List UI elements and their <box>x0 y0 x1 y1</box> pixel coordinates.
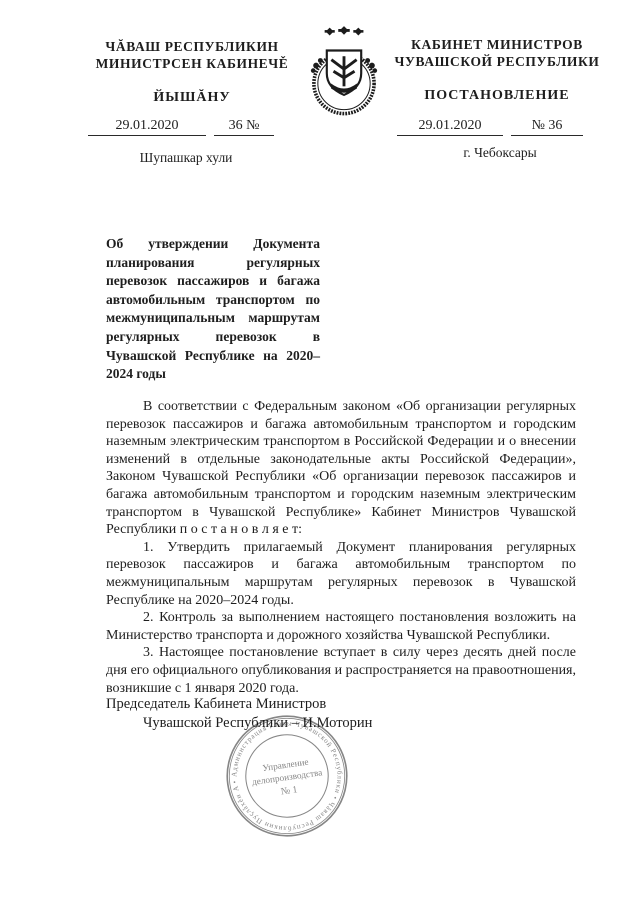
decree-body: В соответствии с Федеральным законом «Об… <box>106 398 576 697</box>
number-field-left: 36 № <box>214 118 274 136</box>
paragraph-item-3: 3. Настоящее постановление вступает в си… <box>106 644 576 697</box>
date-field-left: 29.01.2020 <box>88 118 206 136</box>
city-chuvash: Шупашкар хули <box>105 150 267 166</box>
header-left-chuvash: ЧĂВАШ РЕСПУБЛИКИН МИНИСТРСЕН КАБИНЕЧĚ ЙЫ… <box>76 38 308 106</box>
office-round-stamp: • Администрация Главы Чувашской Республи… <box>210 699 364 853</box>
stamp-center-line3: № 1 <box>280 784 298 797</box>
date-field-right: 29.01.2020 <box>397 118 503 136</box>
chuvash-coat-of-arms-icon <box>301 24 387 120</box>
doc-type-chuvash: ЙЫШĂНУ <box>76 89 308 106</box>
org-name-line1: ЧĂВАШ РЕСПУБЛИКИН <box>76 38 308 55</box>
number-field-right: № 36 <box>511 118 583 136</box>
doc-type-russian: ПОСТАНОВЛЕНИЕ <box>388 87 606 104</box>
city-russian: г. Чебоксары <box>420 145 580 161</box>
paragraph-preamble: В соответствии с Федеральным законом «Об… <box>106 398 576 539</box>
decree-document-page: ЧĂВАШ РЕСПУБЛИКИН МИНИСТРСЕН КАБИНЕЧĚ ЙЫ… <box>0 0 640 905</box>
paragraph-item-1: 1. Утвердить прилагаемый Документ планир… <box>106 539 576 609</box>
paragraph-item-2: 2. Контроль за выполнением настоящего по… <box>106 609 576 644</box>
org-name-line1: КАБИНЕТ МИНИСТРОВ <box>388 36 606 53</box>
triple-star-ornament <box>325 26 364 35</box>
header-right-russian: КАБИНЕТ МИНИСТРОВ ЧУВАШСКОЙ РЕСПУБЛИКИ П… <box>388 36 606 104</box>
org-name-line2: ЧУВАШСКОЙ РЕСПУБЛИКИ <box>388 53 606 70</box>
decree-title: Об утверждении Документа планирования ре… <box>106 235 320 384</box>
org-name-line2: МИНИСТРСЕН КАБИНЕЧĚ <box>76 55 308 72</box>
